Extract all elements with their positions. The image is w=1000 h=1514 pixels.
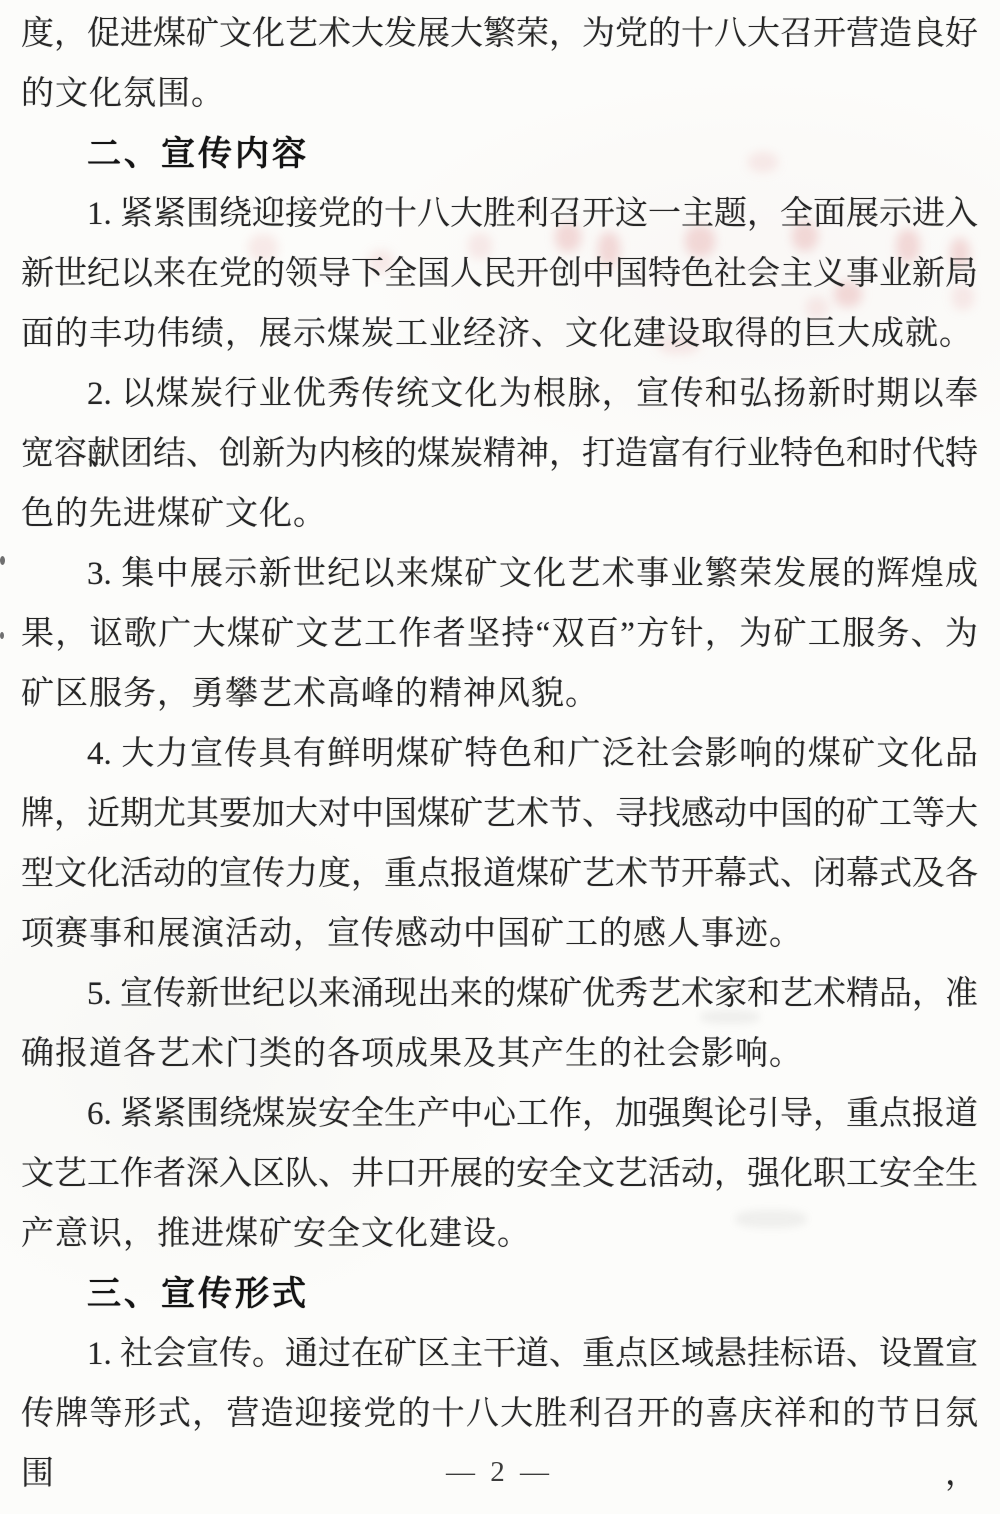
paragraph: 度，促进煤矿文化艺术大发展大繁荣，为党的十八大召开营造良好 的文化氛围。 <box>21 4 978 124</box>
paragraph: 3. 集中展示新世纪以来煤矿文化艺术事业繁荣发展的辉煌成 果，讴歌广大煤矿文艺工… <box>21 544 978 724</box>
text-line: 5. 宣传新世纪以来涌现出来的煤矿优秀艺术家和艺术精品，准 <box>21 964 978 1024</box>
paragraph: 1. 紧紧围绕迎接党的十八大胜利召开这一主题，全面展示进入 新世纪以来在党的领导… <box>21 184 978 364</box>
text-line: 文艺工作者深入区队、井口开展的安全文艺活动，强化职工安全生 <box>21 1144 978 1204</box>
paragraph: 5. 宣传新世纪以来涌现出来的煤矿优秀艺术家和艺术精品，准 确报道各艺术门类的各… <box>21 964 978 1084</box>
text-line: 6. 紧紧围绕煤炭安全生产中心工作，加强舆论引导，重点报道 <box>21 1084 978 1144</box>
section-heading-forms: 三、宣传形式 <box>21 1264 978 1324</box>
document-page: 度，促进煤矿文化艺术大发展大繁荣，为党的十八大召开营造良好 的文化氛围。 二、宣… <box>0 0 1000 1514</box>
text-line: 1. 社会宣传。通过在矿区主干道、重点区域悬挂标语、设置宣 <box>21 1324 978 1384</box>
text-line: 矿区服务，勇攀艺术高峰的精神风貌。 <box>21 664 978 724</box>
text-line: 产意识，推进煤矿安全文化建设。 <box>21 1204 978 1264</box>
paragraph: 1. 社会宣传。通过在矿区主干道、重点区域悬挂标语、设置宣 传牌等形式，营造迎接… <box>21 1324 978 1444</box>
text-line: 确报道各艺术门类的各项成果及其产生的社会影响。 <box>21 1024 978 1084</box>
text-line: 度，促进煤矿文化艺术大发展大繁荣，为党的十八大召开营造良好 <box>21 4 978 64</box>
text-line: 2. 以煤炭行业优秀传统文化为根脉，宣传和弘扬新时期以奉献、 <box>21 364 978 424</box>
text-line: 3. 集中展示新世纪以来煤矿文化艺术事业繁荣发展的辉煌成 <box>21 544 978 604</box>
text-line: 新世纪以来在党的领导下全国人民开创中国特色社会主义事业新局 <box>21 244 978 304</box>
scan-speck <box>0 556 5 565</box>
text-line: 果，讴歌广大煤矿文艺工作者坚持“双百”方针，为矿工服务、为 <box>21 604 978 664</box>
paragraph: 4. 大力宣传具有鲜明煤矿特色和广泛社会影响的煤矿文化品 牌，近期尤其要加大对中… <box>21 724 978 964</box>
text-line: 的文化氛围。 <box>21 64 978 124</box>
paragraph: 2. 以煤炭行业优秀传统文化为根脉，宣传和弘扬新时期以奉献、 宽容、团结、创新为… <box>21 364 978 544</box>
text-line: 型文化活动的宣传力度，重点报道煤矿艺术节开幕式、闭幕式及各 <box>21 844 978 904</box>
text-line: 宽容、团结、创新为内核的煤炭精神，打造富有行业特色和时代特 <box>21 424 978 484</box>
text-line: 4. 大力宣传具有鲜明煤矿特色和广泛社会影响的煤矿文化品 <box>21 724 978 784</box>
paragraph: 6. 紧紧围绕煤炭安全生产中心工作，加强舆论引导，重点报道 文艺工作者深入区队、… <box>21 1084 978 1264</box>
text-line: 传牌等形式，营造迎接党的十八大胜利召开的喜庆祥和的节日氛围， <box>21 1384 978 1444</box>
scan-speck <box>0 632 4 639</box>
text-line: 1. 紧紧围绕迎接党的十八大胜利召开这一主题，全面展示进入 <box>21 184 978 244</box>
text-line: 牌，近期尤其要加大对中国煤矿艺术节、寻找感动中国的矿工等大 <box>21 784 978 844</box>
text-line: 面的丰功伟绩，展示煤炭工业经济、文化建设取得的巨大成就。 <box>21 304 978 364</box>
text-line: 色的先进煤矿文化。 <box>21 484 978 544</box>
page-content: 度，促进煤矿文化艺术大发展大繁荣，为党的十八大召开营造良好 的文化氛围。 二、宣… <box>21 4 978 1489</box>
section-heading-content: 二、宣传内容 <box>21 124 978 184</box>
text-line: 项赛事和展演活动，宣传感动中国矿工的感人事迹。 <box>21 904 978 964</box>
